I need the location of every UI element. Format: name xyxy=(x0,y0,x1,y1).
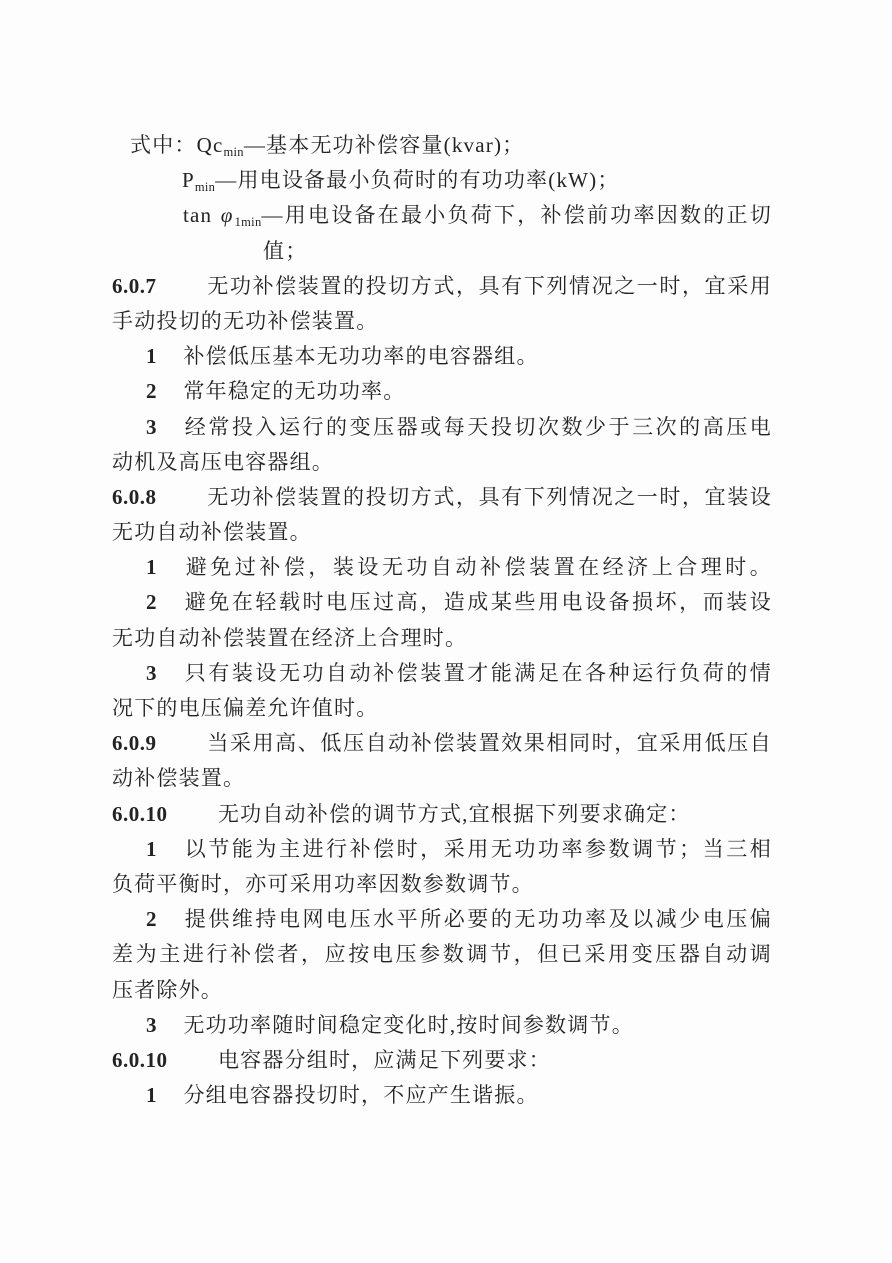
line-text: 无功功率随时间稳定变化时,按时间参数调节。 xyxy=(183,1013,633,1037)
item-number: 3 xyxy=(146,661,157,685)
line-text: 式中：Qcmin—基本无功补偿容量(kvar)； xyxy=(130,133,524,157)
text-line: 动补偿装置。 xyxy=(112,761,772,796)
line-text: 分组电容器投切时，不应产生谐振。 xyxy=(183,1083,538,1107)
subscript: min xyxy=(224,145,244,159)
text-run: 避免过补偿，装设无功自动补偿装置在经济上合理时。 xyxy=(186,555,772,579)
page-content: 式中：Qcmin—基本无功补偿容量(kvar)； Pmin—用电设备最小负荷时的… xyxy=(112,128,772,1113)
text-run: 经常投入运行的变压器或每天投切次数少于三次的高压电 xyxy=(185,415,772,439)
document-page: 式中：Qcmin—基本无功补偿容量(kvar)； Pmin—用电设备最小负荷时的… xyxy=(0,0,892,1263)
item-number: 3 xyxy=(146,415,157,439)
line-text: 避免在轻载时电压过高，造成某些用电设备损坏，而装设 xyxy=(185,590,772,614)
text-line: tan φ1min—用电设备在最小负荷下，补偿前功率因数的正切 xyxy=(112,198,772,233)
section-number: 6.0.9 xyxy=(112,731,157,755)
text-line: 值； xyxy=(112,234,772,269)
item-number: 1 xyxy=(146,1083,157,1107)
text-line: 无功自动补偿装置在经济上合理时。 xyxy=(112,621,772,656)
text-line: 差为主进行补偿者，应按电压参数调节，但已采用变压器自动调 xyxy=(112,937,772,972)
text-line: 3 无功功率随时间稳定变化时,按时间参数调节。 xyxy=(112,1008,772,1043)
line-text: 压者除外。 xyxy=(112,978,223,1002)
line-text: 负荷平衡时，亦可采用功率因数参数调节。 xyxy=(112,872,534,896)
text-line: 负荷平衡时，亦可采用功率因数参数调节。 xyxy=(112,867,772,902)
text-run: 动补偿装置。 xyxy=(112,766,245,790)
text-line: 压者除外。 xyxy=(112,973,772,1008)
section-number: 6.0.7 xyxy=(112,274,157,298)
text-line: 1 补偿低压基本无功功率的电容器组。 xyxy=(112,339,772,374)
line-text: 只有装设无功自动补偿装置才能满足在各种运行负荷的情 xyxy=(185,661,772,685)
line-text: 手动投切的无功补偿装置。 xyxy=(112,309,378,333)
item-number: 2 xyxy=(146,590,157,614)
line-text: 补偿低压基本无功功率的电容器组。 xyxy=(183,344,538,368)
line-text: 况下的电压偏差允许值时。 xyxy=(112,696,378,720)
item-number: 1 xyxy=(146,837,157,861)
section-number: 6.0.10 xyxy=(112,802,168,826)
text-run: 补偿低压基本无功功率的电容器组。 xyxy=(183,344,538,368)
line-text: Pmin—用电设备最小负荷时的有功功率(kW)； xyxy=(182,168,620,192)
text-line: 3 只有装设无功自动补偿装置才能满足在各种运行负荷的情 xyxy=(112,656,772,691)
subscript: 1min xyxy=(235,215,262,229)
line-text: 无功补偿装置的投切方式，具有下列情况之一时，宜采用 xyxy=(207,274,772,298)
text-run: —基本无功补偿容量(kvar)； xyxy=(244,133,525,157)
line-text: 值； xyxy=(263,239,307,263)
text-line: 式中：Qcmin—基本无功补偿容量(kvar)； xyxy=(112,128,772,163)
text-run: 以节能为主进行补偿时，采用无功功率参数调节；当三相 xyxy=(185,837,772,861)
item-number: 1 xyxy=(146,555,157,579)
line-text: 动机及高压电容器组。 xyxy=(112,450,334,474)
text-run: 压者除外。 xyxy=(112,978,223,1002)
item-number: 1 xyxy=(146,344,157,368)
text-run: 况下的电压偏差允许值时。 xyxy=(112,696,378,720)
line-text: tan φ1min—用电设备在最小负荷下，补偿前功率因数的正切 xyxy=(183,203,772,227)
line-text: 以节能为主进行补偿时，采用无功功率参数调节；当三相 xyxy=(185,837,772,861)
text-run: 式中：Qc xyxy=(130,133,224,157)
text-run: 无功补偿装置的投切方式，具有下列情况之一时，宜装设 xyxy=(207,485,772,509)
line-text: 无功补偿装置的投切方式，具有下列情况之一时，宜装设 xyxy=(207,485,772,509)
text-run: 只有装设无功自动补偿装置才能满足在各种运行负荷的情 xyxy=(185,661,772,685)
text-run: 提供维持电网电压水平所必要的无功功率及以减少电压偏 xyxy=(185,907,772,931)
text-run: 无功自动补偿的调节方式,宜根据下列要求确定： xyxy=(218,802,691,826)
text-run: tan xyxy=(183,203,220,227)
text-run: 差为主进行补偿者，应按电压参数调节，但已采用变压器自动调 xyxy=(112,942,772,966)
text-run: 无功自动补偿装置在经济上合理时。 xyxy=(112,626,467,650)
text-run: 电容器分组时，应满足下列要求： xyxy=(218,1048,551,1072)
text-line: 手动投切的无功补偿装置。 xyxy=(112,304,772,339)
text-run: 当采用高、低压自动补偿装置效果相同时，宜采用低压自 xyxy=(207,731,772,755)
text-run: 常年稳定的无功功率。 xyxy=(183,379,405,403)
section-number: 6.0.10 xyxy=(112,1048,168,1072)
text-run: —用电设备最小负荷时的有功功率(kW)； xyxy=(215,168,619,192)
item-number: 3 xyxy=(146,1013,157,1037)
text-line: 2 常年稳定的无功功率。 xyxy=(112,374,772,409)
text-run: 动机及高压电容器组。 xyxy=(112,450,334,474)
line-text: 电容器分组时，应满足下列要求： xyxy=(218,1048,551,1072)
text-line: 6.0.9 当采用高、低压自动补偿装置效果相同时，宜采用低压自 xyxy=(112,726,772,761)
text-line: 1 分组电容器投切时，不应产生谐振。 xyxy=(112,1078,772,1113)
line-text: 无功自动补偿装置在经济上合理时。 xyxy=(112,626,467,650)
text-run: —用电设备在最小负荷下，补偿前功率因数的正切 xyxy=(262,203,773,227)
text-line: 6.0.7 无功补偿装置的投切方式，具有下列情况之一时，宜采用 xyxy=(112,269,772,304)
text-run: 无功功率随时间稳定变化时,按时间参数调节。 xyxy=(183,1013,633,1037)
phi-symbol: φ xyxy=(220,203,235,227)
text-line: 6.0.8 无功补偿装置的投切方式，具有下列情况之一时，宜装设 xyxy=(112,480,772,515)
line-text: 经常投入运行的变压器或每天投切次数少于三次的高压电 xyxy=(185,415,772,439)
text-line: 2 提供维持电网电压水平所必要的无功功率及以减少电压偏 xyxy=(112,902,772,937)
text-run: 避免在轻载时电压过高，造成某些用电设备损坏，而装设 xyxy=(185,590,772,614)
text-run: 值； xyxy=(263,239,307,263)
item-number: 2 xyxy=(146,379,157,403)
text-line: 1 避免过补偿，装设无功自动补偿装置在经济上合理时。 xyxy=(112,550,772,585)
line-text: 提供维持电网电压水平所必要的无功功率及以减少电压偏 xyxy=(185,907,772,931)
text-run: P xyxy=(182,168,195,192)
text-line: 2 避免在轻载时电压过高，造成某些用电设备损坏，而装设 xyxy=(112,585,772,620)
text-line: 动机及高压电容器组。 xyxy=(112,445,772,480)
text-line: Pmin—用电设备最小负荷时的有功功率(kW)； xyxy=(112,163,772,198)
line-text: 当采用高、低压自动补偿装置效果相同时，宜采用低压自 xyxy=(207,731,772,755)
text-run: 无功补偿装置的投切方式，具有下列情况之一时，宜采用 xyxy=(207,274,772,298)
text-line: 6.0.10 无功自动补偿的调节方式,宜根据下列要求确定： xyxy=(112,797,772,832)
line-text: 常年稳定的无功功率。 xyxy=(183,379,405,403)
line-text: 避免过补偿，装设无功自动补偿装置在经济上合理时。 xyxy=(186,555,772,579)
text-line: 3 经常投入运行的变压器或每天投切次数少于三次的高压电 xyxy=(112,410,772,445)
line-text: 无功自动补偿的调节方式,宜根据下列要求确定： xyxy=(218,802,691,826)
line-text: 无功自动补偿装置。 xyxy=(112,520,312,544)
subscript: min xyxy=(195,180,215,194)
text-run: 手动投切的无功补偿装置。 xyxy=(112,309,378,333)
line-text: 差为主进行补偿者，应按电压参数调节，但已采用变压器自动调 xyxy=(112,942,772,966)
item-number: 2 xyxy=(146,907,157,931)
text-line: 1 以节能为主进行补偿时，采用无功功率参数调节；当三相 xyxy=(112,832,772,867)
text-run: 负荷平衡时，亦可采用功率因数参数调节。 xyxy=(112,872,534,896)
line-text: 动补偿装置。 xyxy=(112,766,245,790)
text-line: 6.0.10 电容器分组时，应满足下列要求： xyxy=(112,1043,772,1078)
text-run: 无功自动补偿装置。 xyxy=(112,520,312,544)
text-line: 况下的电压偏差允许值时。 xyxy=(112,691,772,726)
text-line: 无功自动补偿装置。 xyxy=(112,515,772,550)
text-run: 分组电容器投切时，不应产生谐振。 xyxy=(183,1083,538,1107)
section-number: 6.0.8 xyxy=(112,485,157,509)
